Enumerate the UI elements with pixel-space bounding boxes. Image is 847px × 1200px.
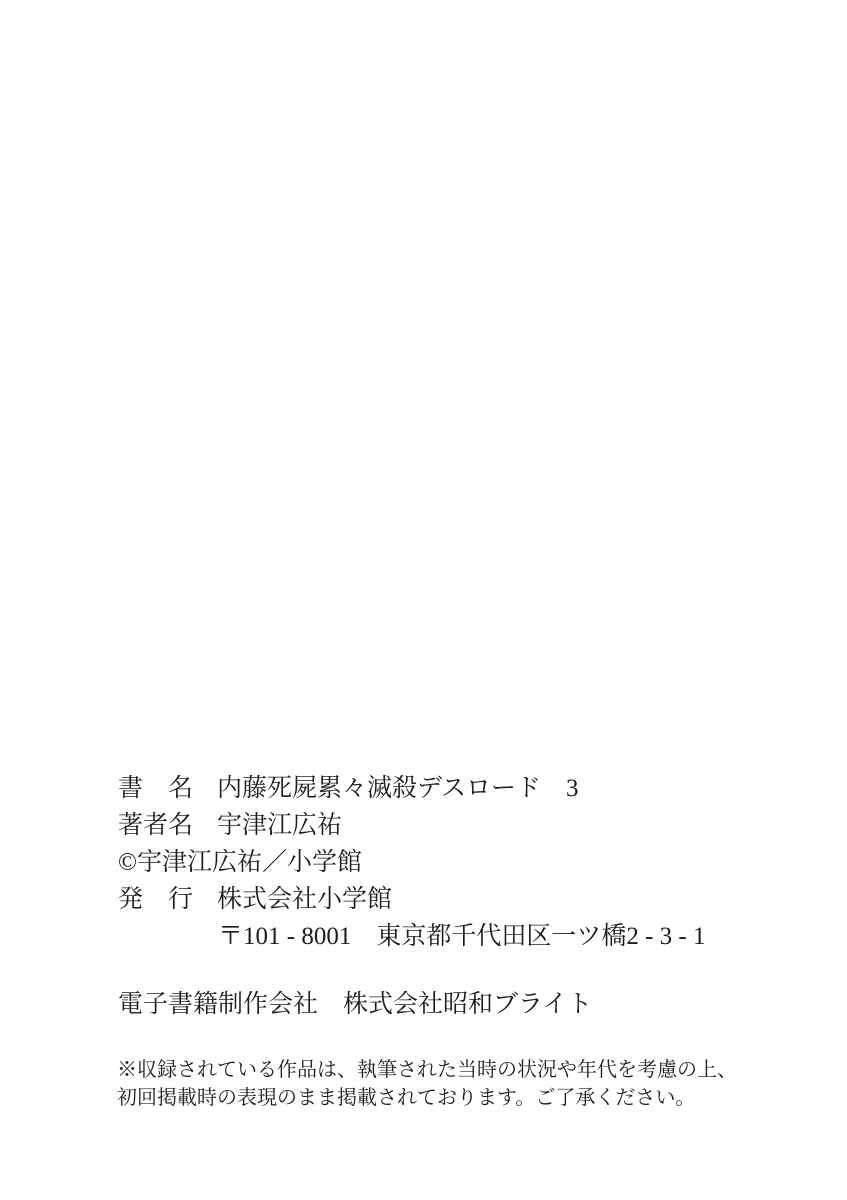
book-title-label: 書 名 (118, 770, 217, 807)
author-value: 宇津江広祐 (217, 812, 342, 839)
notice-block: ※収録されている作品は、執筆された当時の状況や年代を考慮の上、 初回掲載時の表現… (117, 1056, 737, 1112)
colophon-block: 書 名内藤死屍累々滅殺デスロード 3 著者名宇津江広祐 ©宇津江広祐／小学館 発… (118, 770, 705, 955)
ebook-producer-line: 電子書籍制作会社 株式会社昭和ブライト (118, 988, 592, 1022)
notice-line-2: 初回掲載時の表現のまま掲載されております。ご了承ください。 (117, 1084, 737, 1112)
author-row: 著者名宇津江広祐 (118, 807, 705, 844)
colophon-page: 書 名内藤死屍累々滅殺デスロード 3 著者名宇津江広祐 ©宇津江広祐／小学館 発… (0, 0, 847, 1200)
notice-line-1: ※収録されている作品は、執筆された当時の状況や年代を考慮の上、 (117, 1056, 737, 1084)
publisher-row: 発 行株式会社小学館 (118, 881, 705, 918)
book-title-value: 内藤死屍累々滅殺デスロード 3 (217, 775, 579, 802)
author-label: 著者名 (118, 807, 217, 844)
publisher-label: 発 行 (118, 881, 217, 918)
publisher-address-line: 〒101 - 8001 東京都千代田区一ツ橋2 - 3 - 1 (118, 918, 705, 955)
publisher-value: 株式会社小学館 (217, 886, 392, 913)
book-title-row: 書 名内藤死屍累々滅殺デスロード 3 (118, 770, 705, 807)
copyright-line: ©宇津江広祐／小学館 (118, 844, 705, 881)
